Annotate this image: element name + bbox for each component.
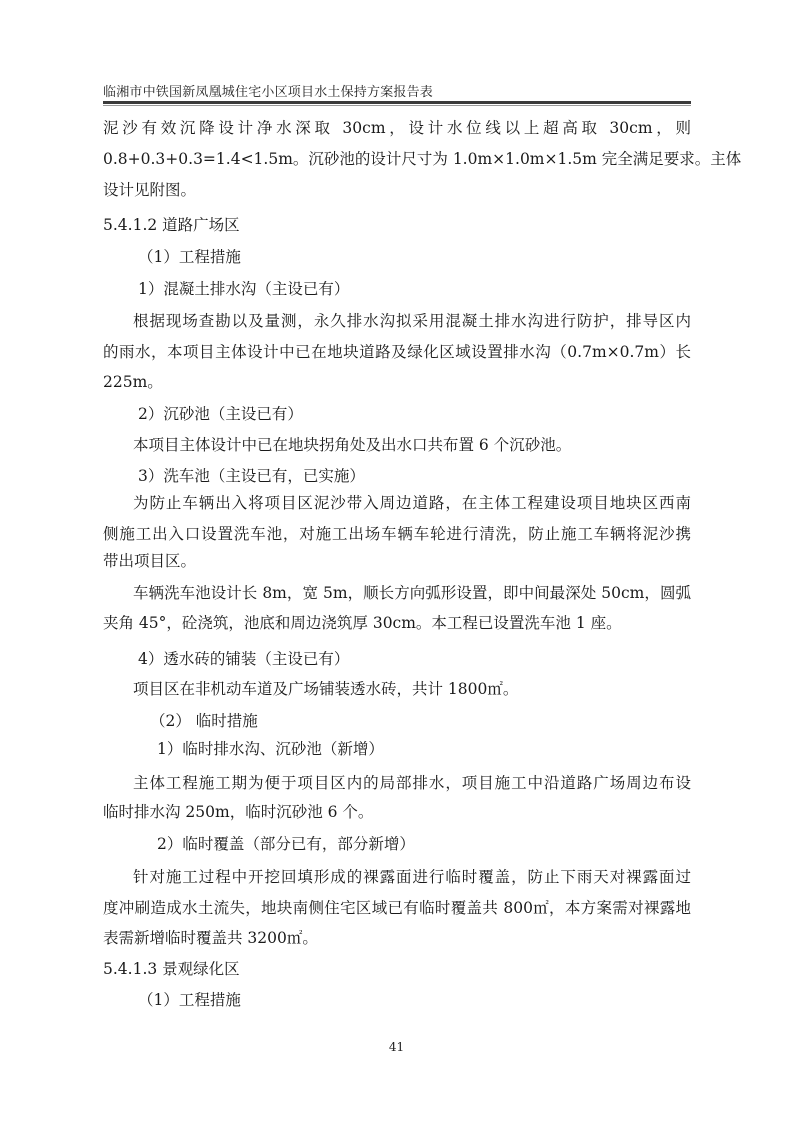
item-heading-permeable-brick: 4）透水砖的铺装（主设已有） — [138, 649, 691, 669]
paragraph-line: 项目区在非机动车道及广场铺装透水砖，共计 1800㎡。 — [133, 679, 691, 699]
paragraph-line: 为防止车辆出入将项目区泥沙带入周边道路，在主体工程建设项目地块区西南 — [133, 493, 691, 513]
subheading-temporary-measures: （2） 临时措施 — [150, 711, 691, 731]
paragraph-line: 设计见附图。 — [103, 180, 691, 200]
paragraph-line: 车辆洗车池设计长 8m，宽 5m，顺长方向弧形设置，即中间最深处 50cm，圆弧 — [133, 583, 691, 603]
item-heading-temporary-drain: 1）临时排水沟、沉砂池（新增） — [157, 739, 691, 759]
paragraph-line: 本项目主体设计中已在地块拐角处及出水口共布置 6 个沉砂池。 — [133, 435, 691, 455]
paragraph-line: 泥沙有效沉降设计净水深取 30cm，设计水位线以上超高取 30cm，则 — [103, 118, 691, 138]
paragraph-line: 侧施工出入口设置洗车池，对施工出场车辆车轮进行清洗，防止施工车辆将泥沙携 — [103, 524, 691, 544]
paragraph-line: 临时排水沟 250m，临时沉砂池 6 个。 — [103, 802, 691, 822]
subheading-engineering-measures: （1）工程措施 — [138, 990, 691, 1010]
item-heading-car-wash-pool: 3）洗车池（主设已有，已实施） — [138, 466, 691, 486]
section-heading-5-4-1-2: 5.4.1.2 道路广场区 — [103, 215, 691, 235]
item-heading-sedimentation-tank: 2）沉砂池（主设已有） — [138, 404, 691, 424]
item-heading-concrete-drain: 1）混凝土排水沟（主设已有） — [138, 279, 691, 299]
document-page: 临湘市中铁国新凤凰城住宅小区项目水土保持方案报告表 泥沙有效沉降设计净水深取 3… — [0, 0, 793, 1122]
page-number: 41 — [0, 1040, 793, 1054]
paragraph-line: 0.8+0.3+0.3=1.4<1.5m。沉砂池的设计尺寸为 1.0m×1.0m… — [103, 149, 691, 169]
section-heading-5-4-1-3: 5.4.1.3 景观绿化区 — [103, 959, 691, 979]
paragraph-line: 表需新增临时覆盖共 3200㎡。 — [103, 928, 691, 948]
paragraph-line: 225m。 — [103, 372, 691, 392]
paragraph-line: 带出项目区。 — [103, 551, 691, 571]
paragraph-line: 根据现场查勘以及量测，永久排水沟拟采用混凝土排水沟进行防护，排导区内 — [133, 311, 691, 331]
item-heading-temporary-cover: 2）临时覆盖（部分已有，部分新增） — [157, 834, 691, 854]
paragraph-line: 度冲刷造成水土流失，地块南侧住宅区域已有临时覆盖共 800㎡，本方案需对裸露地 — [103, 898, 691, 918]
subheading-engineering-measures: （1）工程措施 — [138, 247, 691, 267]
paragraph-line: 的雨水，本项目主体设计中已在地块道路及绿化区域设置排水沟（0.7m×0.7m）长 — [103, 342, 691, 362]
paragraph-line: 针对施工过程中开挖回填形成的裸露面进行临时覆盖，防止下雨天对裸露面过 — [133, 867, 691, 887]
paragraph-line: 夹角 45°，砼浇筑，池底和周边浇筑厚 30cm。本工程已设置洗车池 1 座。 — [103, 613, 691, 633]
header-rule-thin — [103, 105, 691, 106]
header-rule — [103, 101, 691, 104]
running-header-title: 临湘市中铁国新凤凰城住宅小区项目水土保持方案报告表 — [103, 81, 433, 100]
paragraph-line: 主体工程施工期为便于项目区内的局部排水，项目施工中沿道路广场周边布设 — [133, 773, 691, 793]
